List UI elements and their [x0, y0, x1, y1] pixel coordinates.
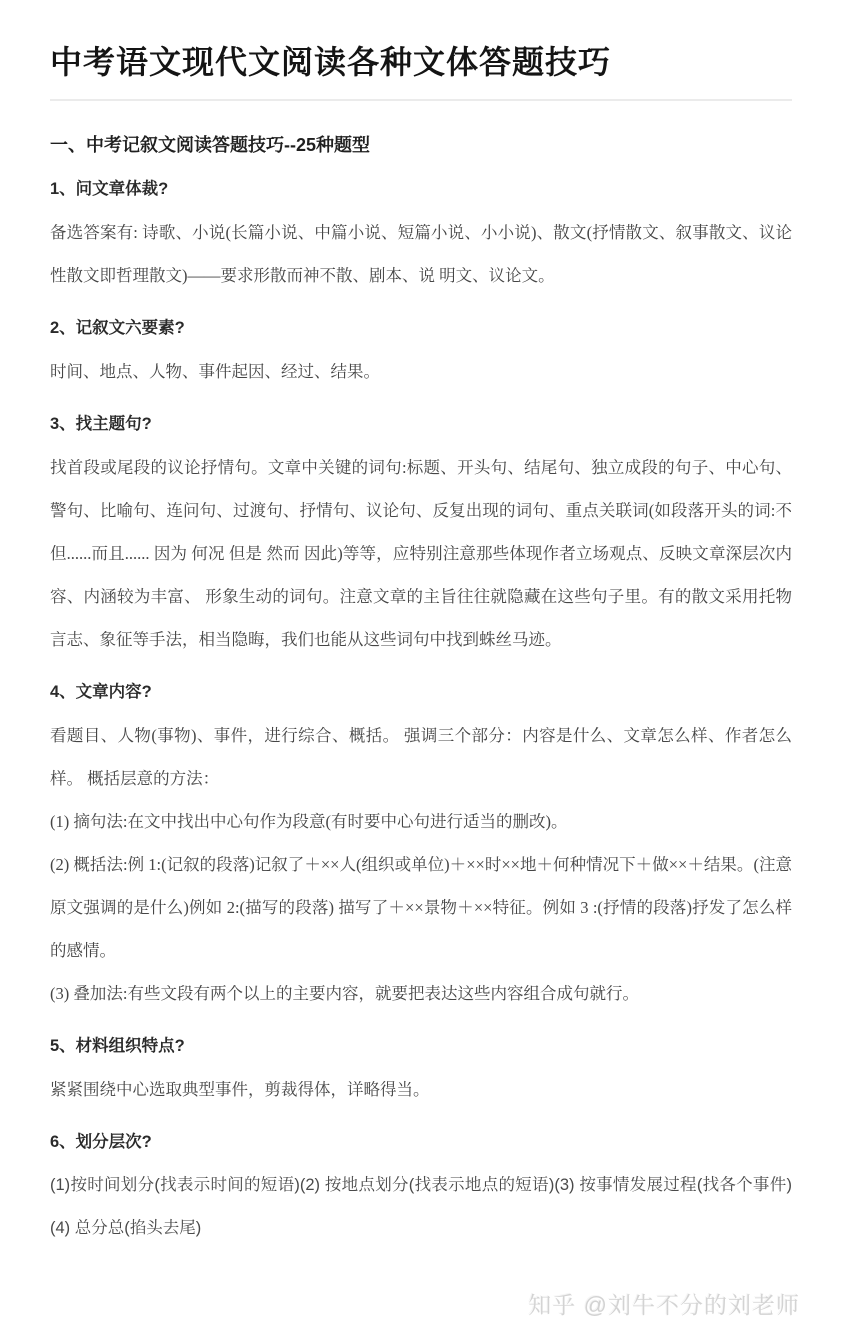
answer-paragraph-4-method-3: (3) 叠加法:有些文段有两个以上的主要内容，就要把表达这些内容组合成句就行。: [50, 972, 792, 1015]
answer-paragraph-3: 找首段或尾段的议论抒情句。文章中关键的词句:标题、开头句、结尾句、独立成段的句子…: [50, 446, 792, 661]
answer-paragraph-1: 备选答案有: 诗歌、小说(长篇小说、中篇小说、短篇小说、小小说)、散文(抒情散文…: [50, 211, 792, 297]
question-heading-3: 3、找主题句?: [50, 403, 792, 446]
title-divider: [50, 99, 792, 101]
question-heading-5: 5、材料组织特点?: [50, 1025, 792, 1068]
answer-paragraph-2: 时间、地点、人物、事件起因、经过、结果。: [50, 350, 792, 393]
answer-paragraph-5: 紧紧围绕中心选取典型事件，剪裁得体，详略得当。: [50, 1068, 792, 1111]
article-body: 一、中考记叙文阅读答题技巧--25种题型 1、问文章体裁? 备选答案有: 诗歌、…: [50, 133, 792, 1250]
article-page: 中考语文现代文阅读各种文体答题技巧 一、中考记叙文阅读答题技巧--25种题型 1…: [0, 0, 842, 1336]
answer-paragraph-4-method-2: (2) 概括法:例 1:(记叙的段落)记叙了＋××人(组织或单位)＋××时××地…: [50, 843, 792, 972]
section-heading: 一、中考记叙文阅读答题技巧--25种题型: [50, 133, 792, 158]
answer-paragraph-4-method-1: (1) 摘句法:在文中找出中心句作为段意(有时要中心句进行适当的删改)。: [50, 800, 792, 843]
answer-paragraph-6: (1)按时间划分(找表示时间的短语)(2) 按地点划分(找表示地点的短语)(3)…: [50, 1164, 792, 1250]
question-heading-4: 4、文章内容?: [50, 671, 792, 714]
question-heading-1: 1、问文章体裁?: [50, 168, 792, 211]
watermark: 知乎 @刘牛不分的刘老师: [528, 1287, 800, 1320]
question-heading-2: 2、记叙文六要素?: [50, 307, 792, 350]
question-heading-6: 6、划分层次?: [50, 1121, 792, 1164]
answer-paragraph-4-intro: 看题目、人物(事物)、事件，进行综合、概括。 强调三个部分：内容是什么、文章怎么…: [50, 714, 792, 800]
page-title: 中考语文现代文阅读各种文体答题技巧: [50, 0, 792, 82]
